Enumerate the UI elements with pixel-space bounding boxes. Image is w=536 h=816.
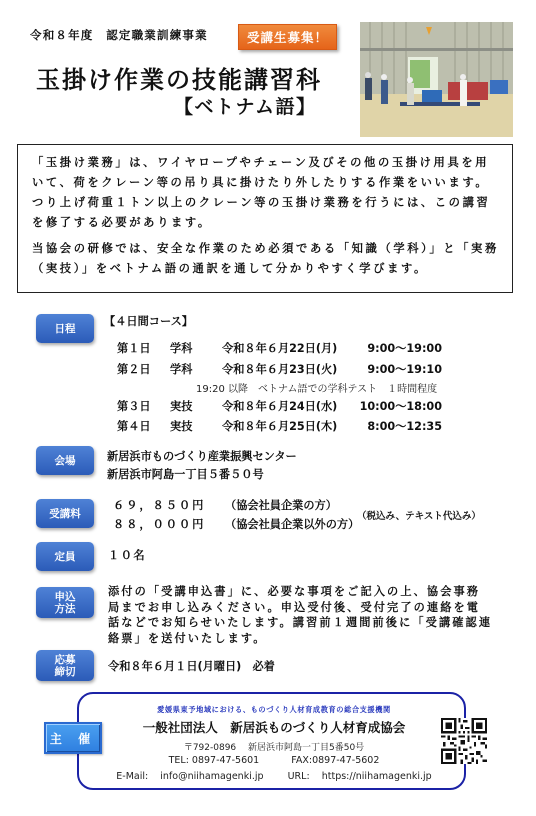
host-label: 主 催 <box>44 722 102 754</box>
program-subtitle: 令和８年度 認定職業訓練事業 <box>30 27 208 43</box>
intro-paragraph-1: 「玉掛け業務」は、ワイヤロープやチェーン及びその他の玉掛け用具を用いて、荷をクレ… <box>32 153 502 233</box>
schedule-row: 第２日 学科 令和８年６月23日(火) 9:00～19:10 <box>117 361 442 379</box>
email-label: E-Mail: <box>116 771 148 782</box>
deadline-label-line1: 応募 <box>55 654 76 666</box>
organizer-address: 〒792-0896 新居浜市阿島一丁目5番50号 <box>104 740 444 753</box>
schedule-row: 第４日 実技 令和８年６月25日(木) 8:00～12:35 <box>117 418 442 436</box>
schedule-time: 9:00～19:00 <box>342 340 442 358</box>
venue-name: 新居浜市ものづくり産業振興センター <box>107 448 297 464</box>
fee-nonmember-price: ８８，０００円 <box>113 516 205 532</box>
page-title: 玉掛け作業の技能講習科 <box>36 60 322 95</box>
email-link[interactable]: info@niihamagenki.jp <box>160 771 263 782</box>
url-label: URL: <box>288 771 310 782</box>
schedule-date: 令和８年６月25日(木) <box>222 418 342 436</box>
schedule-row: 第１日 学科 令和８年６月22日(月) 9:00～19:00 <box>117 340 442 358</box>
fee-member-desc: （協会社員企業の方） <box>225 497 337 513</box>
capacity-value: １０名 <box>108 547 146 563</box>
schedule-label-badge: 日程 <box>36 314 94 343</box>
schedule-day: 第４日 <box>117 418 170 436</box>
course-length: 【４日間コース】 <box>104 313 193 329</box>
organizer-tagline: 愛媛県東予地域における、ものづくり人材育成教育の総合支援機関 <box>104 705 444 715</box>
url-link[interactable]: https://niihamagenki.jp <box>322 771 432 782</box>
deadline-label-line2: 締切 <box>55 666 76 678</box>
schedule-date: 令和８年６月22日(月) <box>222 340 342 358</box>
schedule-time: 9:00～19:10 <box>342 361 442 379</box>
intro-description-box: 「玉掛け業務」は、ワイヤロープやチェーン及びその他の玉掛け用具を用いて、荷をクレ… <box>17 144 513 293</box>
deadline-value: 令和８年６月１日(月曜日) 必着 <box>108 658 275 674</box>
training-hall-photo <box>360 22 513 137</box>
schedule-time: 8:00～12:35 <box>342 418 442 436</box>
schedule-date: 令和８年６月23日(火) <box>222 361 342 379</box>
venue-address: 新居浜市阿島一丁目５番５０号 <box>107 466 264 482</box>
fee-member-price: ６９，８５０円 <box>113 497 205 513</box>
schedule-type: 学科 <box>170 361 222 379</box>
fee-label-badge: 受講料 <box>36 499 94 528</box>
schedule-date: 令和８年６月24日(水) <box>222 398 342 416</box>
title-language: 【ベトナム語】 <box>174 92 317 119</box>
fee-nonmember-desc: （協会社員企業以外の方） <box>225 516 359 532</box>
capacity-label-badge: 定員 <box>36 542 94 571</box>
qr-code-icon[interactable] <box>441 718 487 764</box>
organizer-phone-fax: TEL: 0897-47-5601 FAX:0897-47-5602 <box>104 755 444 766</box>
schedule-day: 第２日 <box>117 361 170 379</box>
recruit-badge: 受講生募集！ <box>238 24 337 50</box>
fee-tax-note: （税込み、テキスト代込み） <box>357 508 481 522</box>
organizer-fax: FAX:0897-47-5602 <box>291 755 379 766</box>
venue-label-badge: 会場 <box>36 446 94 475</box>
schedule-note: 19:20 以降 ベトナム語での学科テスト １時間程度 <box>196 380 437 395</box>
deadline-label-badge: 応募 締切 <box>36 650 94 681</box>
schedule-day: 第１日 <box>117 340 170 358</box>
schedule-row: 第３日 実技 令和８年６月24日(水) 10:00～18:00 <box>117 398 442 416</box>
application-label-line2: 方法 <box>55 603 76 615</box>
organizer-email-url: E-Mail: info@niihamagenki.jp URL: https:… <box>104 771 444 782</box>
schedule-time: 10:00～18:00 <box>342 398 442 416</box>
application-instructions: 添付の「受講申込書」に、必要な事項をご記入の上、協会事務局までお申し込みください… <box>108 584 493 646</box>
schedule-day: 第３日 <box>117 398 170 416</box>
schedule-type: 実技 <box>170 418 222 436</box>
intro-paragraph-2: 当協会の研修では、安全な作業のため必須である「知識（学科）」と「実務（実技）」を… <box>32 239 502 279</box>
application-label-badge: 申込 方法 <box>36 587 94 618</box>
organizer-name: 一般社団法人 新居浜ものづくり人材育成協会 <box>104 718 444 736</box>
schedule-type: 実技 <box>170 398 222 416</box>
application-label-line1: 申込 <box>55 591 76 603</box>
schedule-type: 学科 <box>170 340 222 358</box>
organizer-tel: TEL: 0897-47-5601 <box>169 755 260 766</box>
